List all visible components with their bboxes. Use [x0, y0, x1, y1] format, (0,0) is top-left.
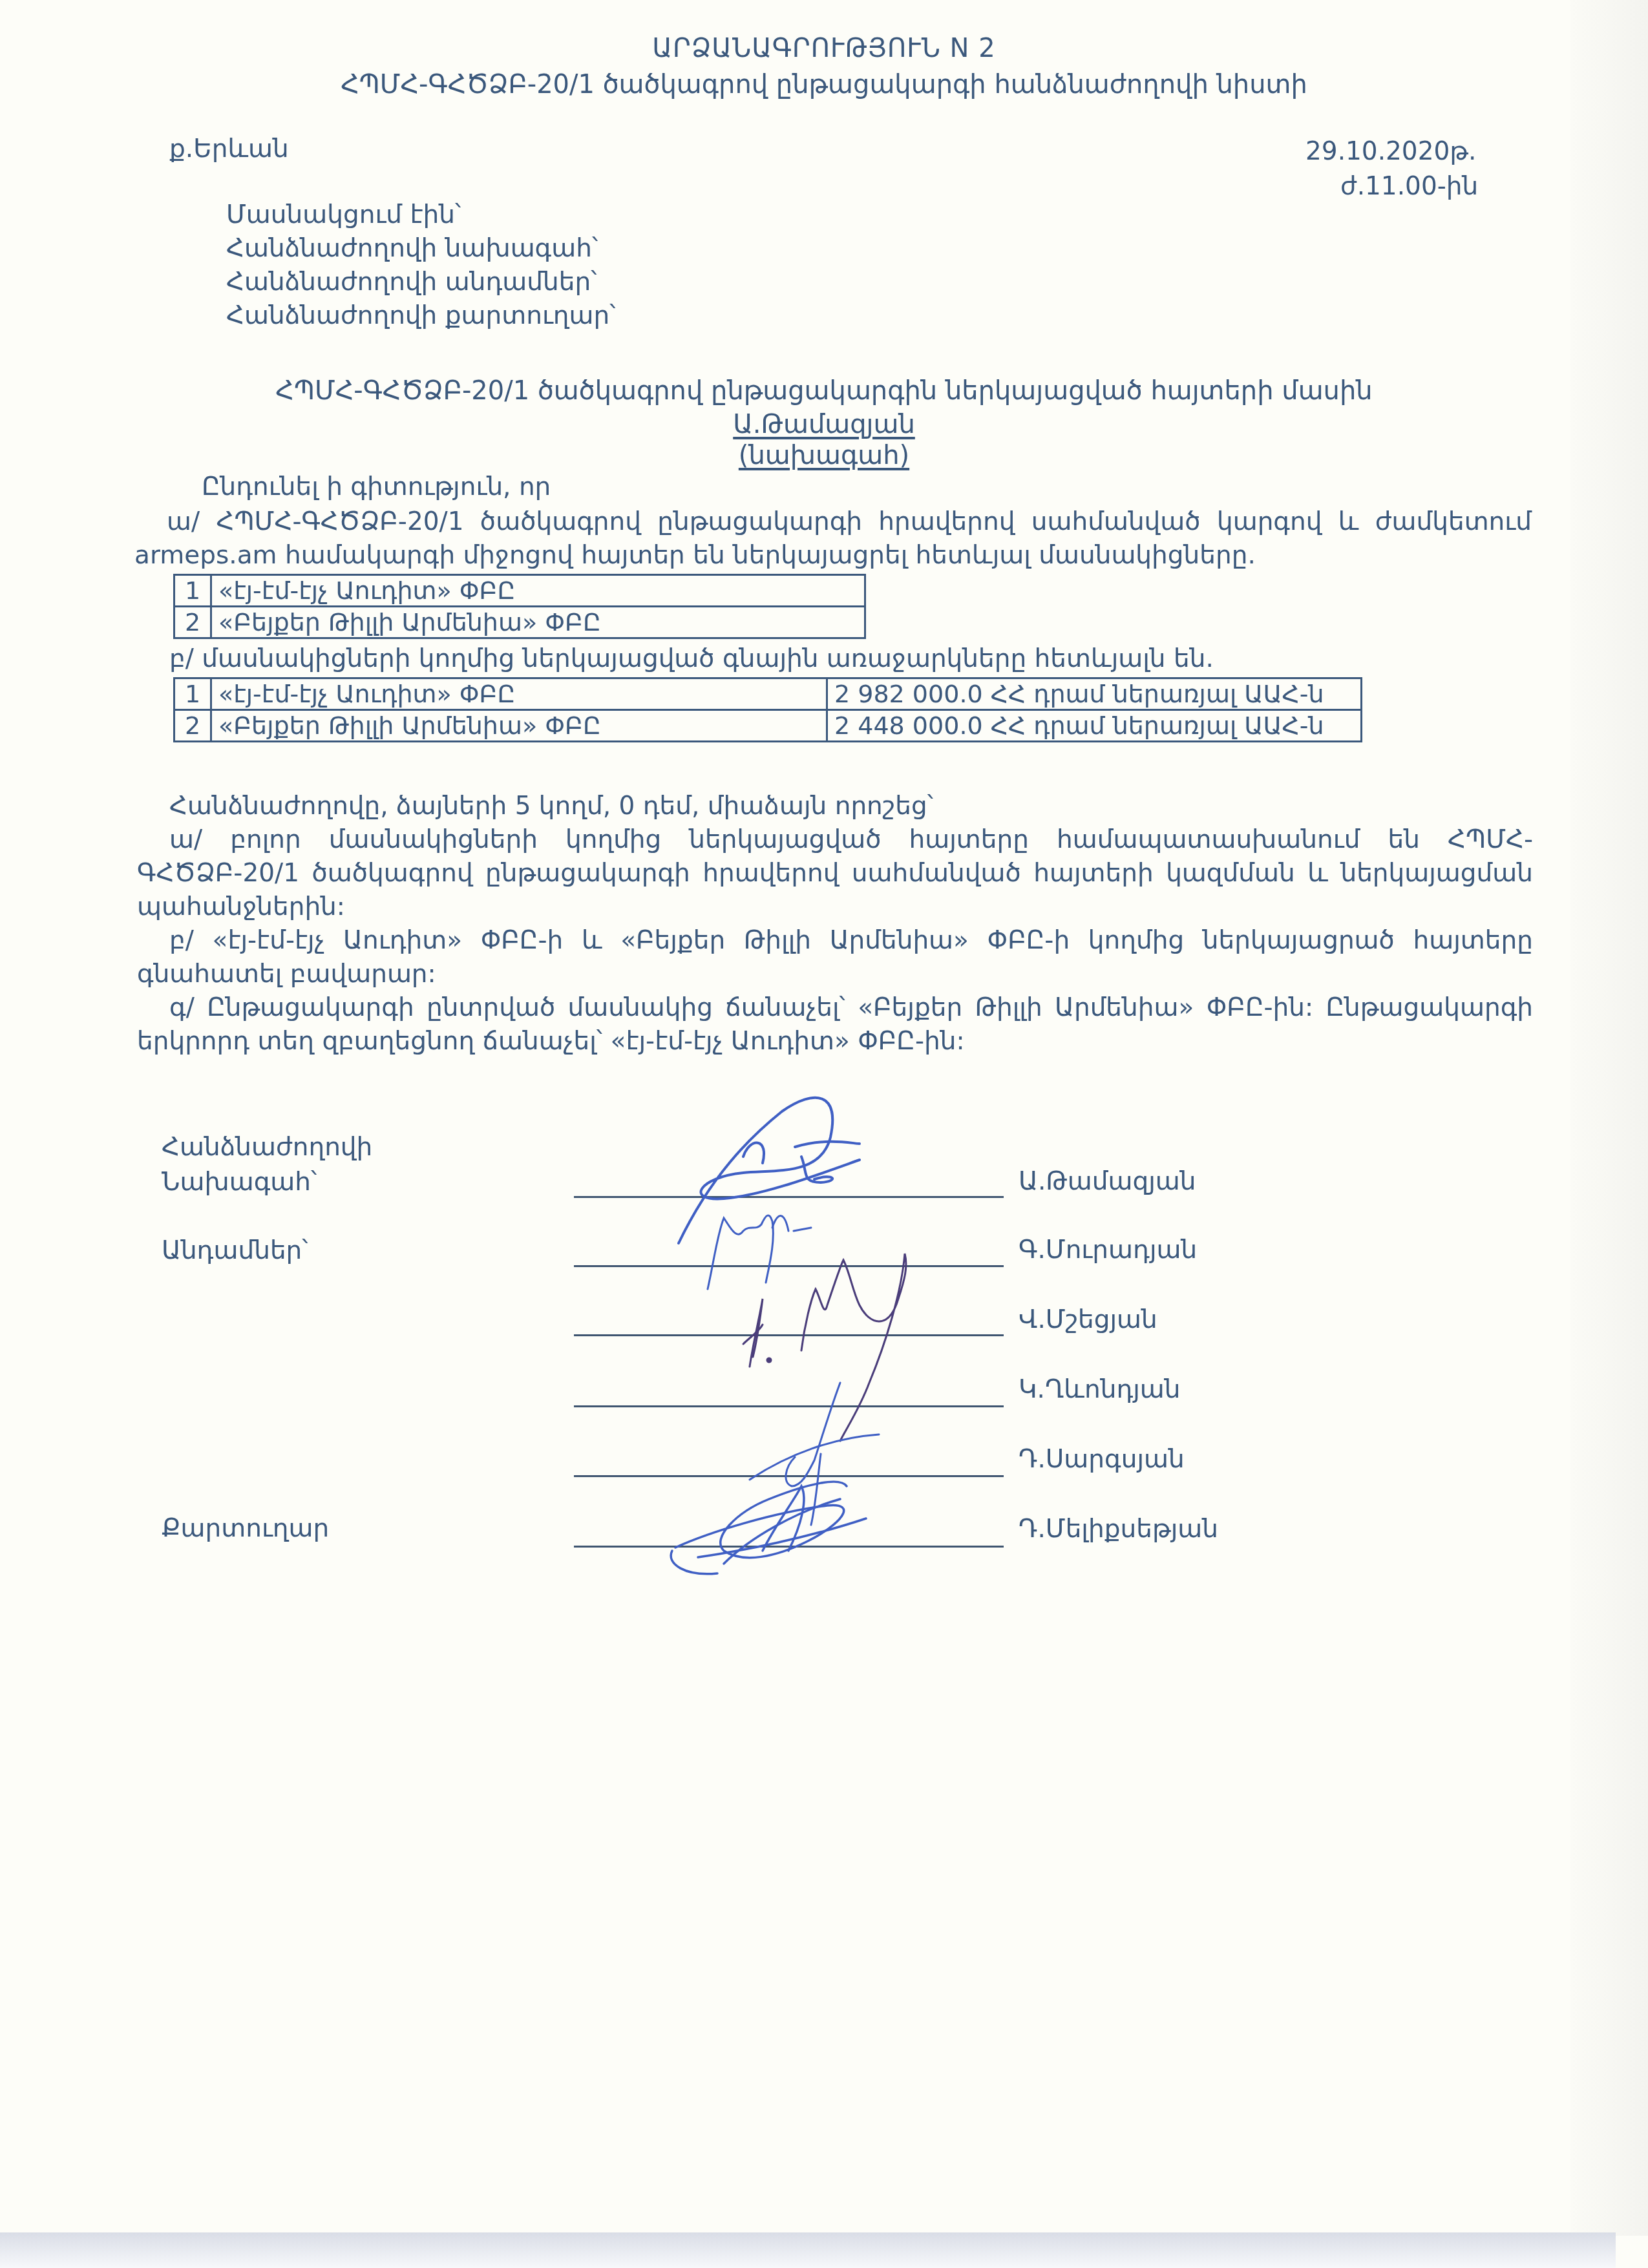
- signature-secretary: [671, 1482, 866, 1574]
- signature-member-1: [708, 1215, 811, 1289]
- handwritten-signatures: [0, 0, 1648, 2268]
- signature-member-2: [743, 1254, 906, 1441]
- signature-chair: [679, 1098, 860, 1243]
